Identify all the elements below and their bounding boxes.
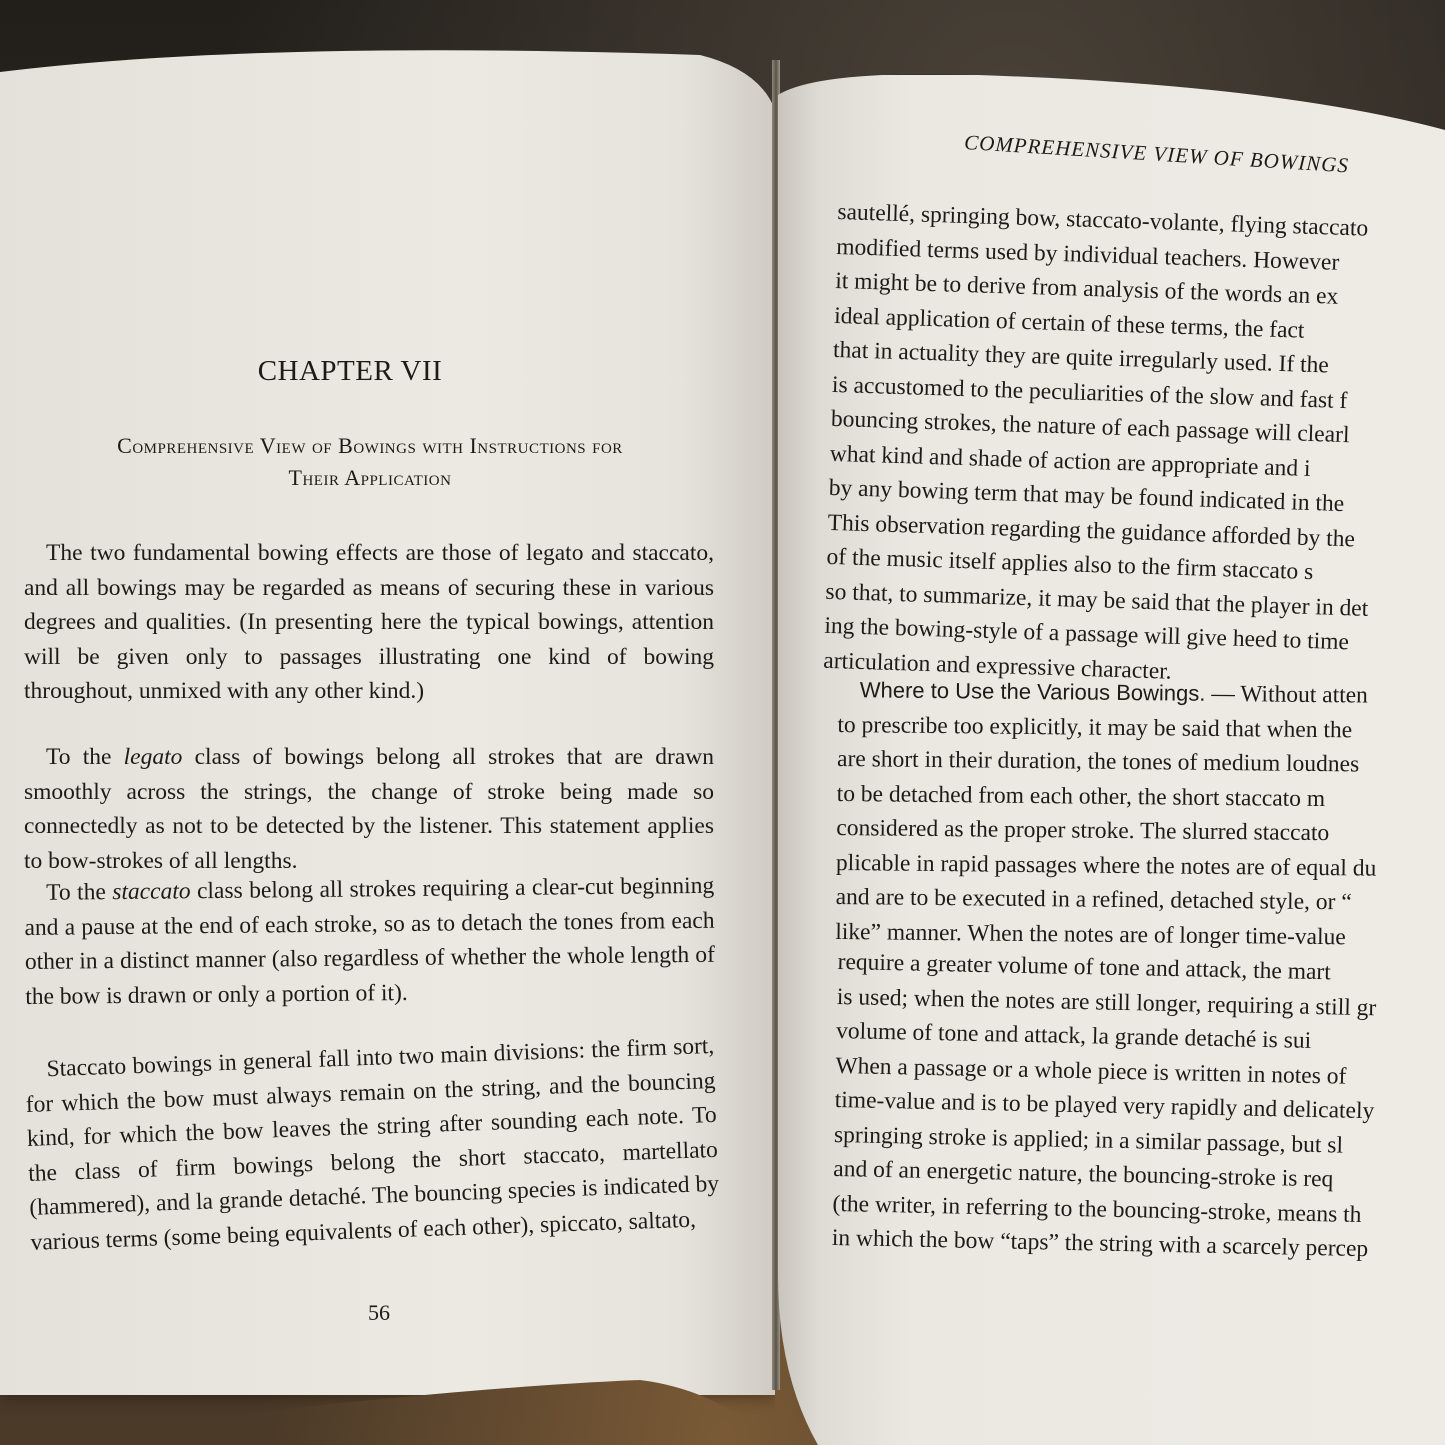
chapter-subtitle-line-2: Their Application — [20, 462, 720, 494]
chapter-subtitle-line-1: Comprehensive View of Bowings with Instr… — [20, 430, 720, 462]
chapter-subtitle: Comprehensive View of Bowings with Instr… — [20, 430, 720, 494]
section-heading: Where to Use the Various Bowings. — [860, 677, 1206, 706]
emphasis-legato: legato — [124, 744, 183, 770]
right-text-block-2: Where to Use the Various Bowings. — With… — [835, 673, 1445, 956]
right-text-block-3: require a greater volume of tone and att… — [831, 945, 1445, 1269]
paragraph-staccato-class: To the staccato class belong all strokes… — [24, 869, 715, 1014]
paragraph-fundamental-effects: The two fundamental bowing effects are t… — [24, 536, 714, 709]
right-text-block-1: sautellé, springing bow, staccato-volant… — [823, 195, 1445, 698]
left-page: CHAPTER VII Comprehensive View of Bowing… — [0, 50, 775, 1395]
page-number: 56 — [368, 1300, 390, 1326]
paragraph-text: To the — [46, 744, 124, 770]
chapter-title: CHAPTER VII — [0, 355, 700, 388]
emphasis-staccato: staccato — [112, 878, 191, 905]
paragraph-text: Staccato bowings in general fall into tw… — [25, 1033, 719, 1255]
paragraph-legato-class: To the legato class of bowings belong al… — [24, 740, 714, 878]
paragraph-text: The two fundamental bowing effects are t… — [24, 540, 714, 704]
text-line: — Without atten — [1205, 681, 1368, 709]
paragraph-staccato-divisions: Staccato bowings in general fall into tw… — [24, 1029, 721, 1260]
paragraph-text: To the — [46, 879, 112, 906]
